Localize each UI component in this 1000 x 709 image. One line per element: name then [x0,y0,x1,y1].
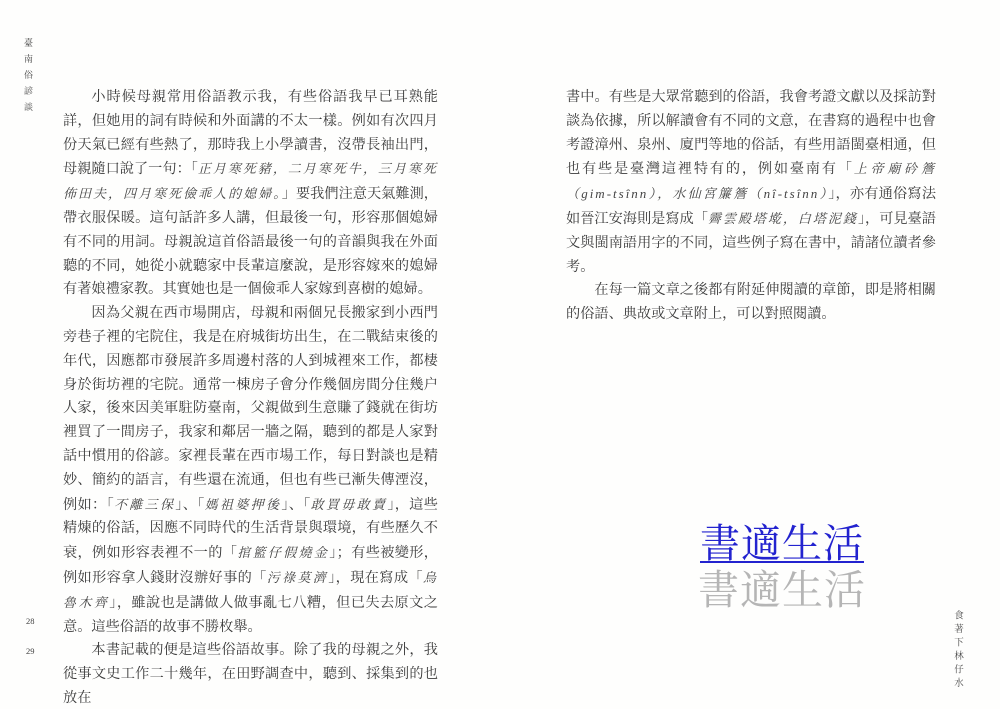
page-number-left: 28 [26,616,35,626]
imprint-link[interactable]: 書適生活 [700,524,864,564]
body-text: 因為父親在西市場開店，母親和兩個兄長搬家到小西門旁巷子裡的宅院住，我是在府城街坊… [63,305,438,512]
body-text: 」，現在寫成「 [328,570,423,586]
body-text: 在每一篇文章之後都有附延伸閱讀的章節，即是將相關的俗語、典故或文章附上，可以對照… [566,282,936,322]
imprint-watermark: 書適生活 [698,570,866,611]
spine-title: 臺南俗諺談 [22,38,35,118]
paragraph: 在每一篇文章之後都有附延伸閱讀的章節，即是將相關的俗語、典故或文章附上，可以對照… [566,279,936,327]
chapter-marker: 食著下林仔水 [950,610,964,691]
body-text: 」、「 [281,497,310,513]
body-text: 本書記載的便是這些俗語故事。除了我的母親之外，我從事文史工作二十幾年，在田野調查… [63,642,438,706]
proverb-quote: 捾籃仔假燒金 [237,545,329,560]
paragraph: 小時候母親常用俗語教示我，有些俗語我早已耳熟能詳，但她用的詞有時候和外面講的不太… [63,86,438,302]
body-text: 」，雖說也是講做人做事亂七八糟，但已失去原文之意。這些俗語的故事不勝枚舉。 [63,595,438,635]
proverb-quote: 污祿莫濟 [267,570,328,585]
left-page-text: 小時候母親常用俗語教示我，有些俗語我早已耳熟能詳，但她用的詞有時候和外面講的不太… [63,86,438,709]
page-number-right: 29 [26,646,35,656]
paragraph: 書中。有些是大眾常聽到的俗語，我會考證文獻以及採訪對談為依據，所以解讀會有不同的… [566,86,936,279]
proverb-quote: 不離三保 [114,497,175,512]
proverb-quote: 敢買毋敢賣 [311,497,388,512]
proverb-quote: 霽雲殿塔墘，白塔泥錢 [708,211,858,226]
paragraph: 本書記載的便是這些俗語故事。除了我的母親之外，我從事文史工作二十幾年，在田野調查… [63,639,438,709]
proverb-quote: 媽祖婆押後 [205,497,282,512]
right-page-text: 書中。有些是大眾常聽到的俗語，我會考證文獻以及採訪對談為依據，所以解讀會有不同的… [566,86,936,327]
body-text: 」要我們注意天氣難測，帶衣服保暖。這句話許多人講，但最後一句，形容那個媳婦有不同… [63,186,438,297]
book-spread: 臺南俗諺談 28 29 小時候母親常用俗語教示我，有些俗語我早已耳熟能詳，但她用… [0,0,1000,709]
paragraph: 因為父親在西市場開店，母親和兩個兄長搬家到小西門旁巷子裡的宅院住，我是在府城街坊… [63,302,438,639]
body-text: 」、「 [175,497,204,513]
